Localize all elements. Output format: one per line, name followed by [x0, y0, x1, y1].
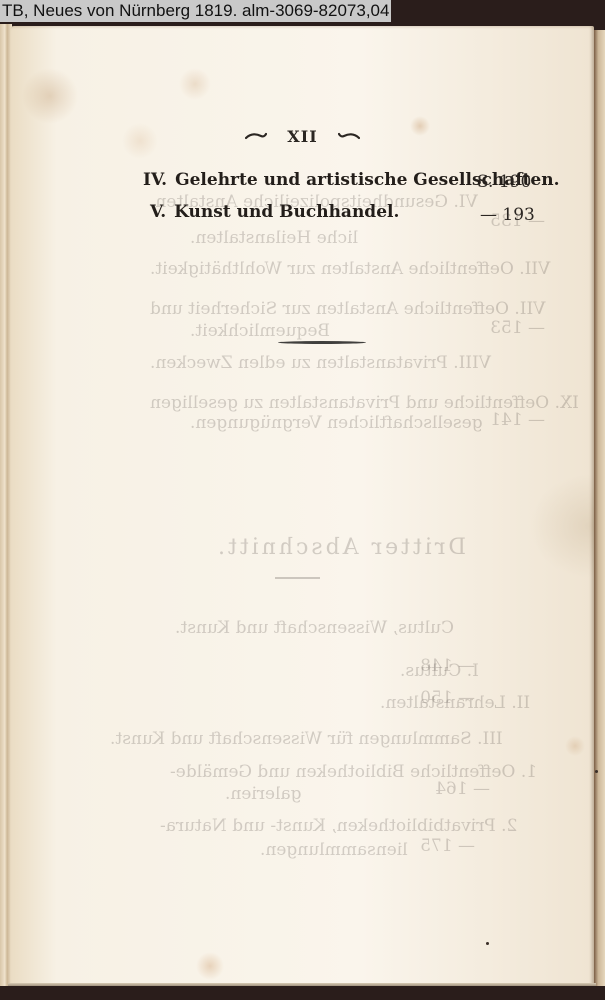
left-flourish-icon [245, 132, 267, 140]
ornamental-rule [278, 341, 366, 344]
page-speck [595, 770, 598, 773]
page-speck [486, 942, 489, 945]
toc-entry-number: IV. [143, 170, 167, 190]
toc-entry: V.Kunst und Buchhandel. [150, 202, 399, 222]
scan-caption: TB, Neues von Nürnberg 1819. alm-3069-82… [0, 0, 391, 22]
toc-entry-number: V. [150, 202, 166, 222]
scan-background-bottom [0, 986, 605, 1000]
page-folio: XII [0, 127, 605, 146]
folio-numeral: XII [287, 127, 317, 146]
right-flourish-icon [338, 132, 360, 140]
toc-page-ref: — 193 [480, 205, 535, 225]
toc-page-ref: S. 190 [477, 172, 531, 192]
toc-entry-title: Kunst und Buchhandel. [174, 202, 399, 222]
page-right-edge [594, 30, 605, 990]
